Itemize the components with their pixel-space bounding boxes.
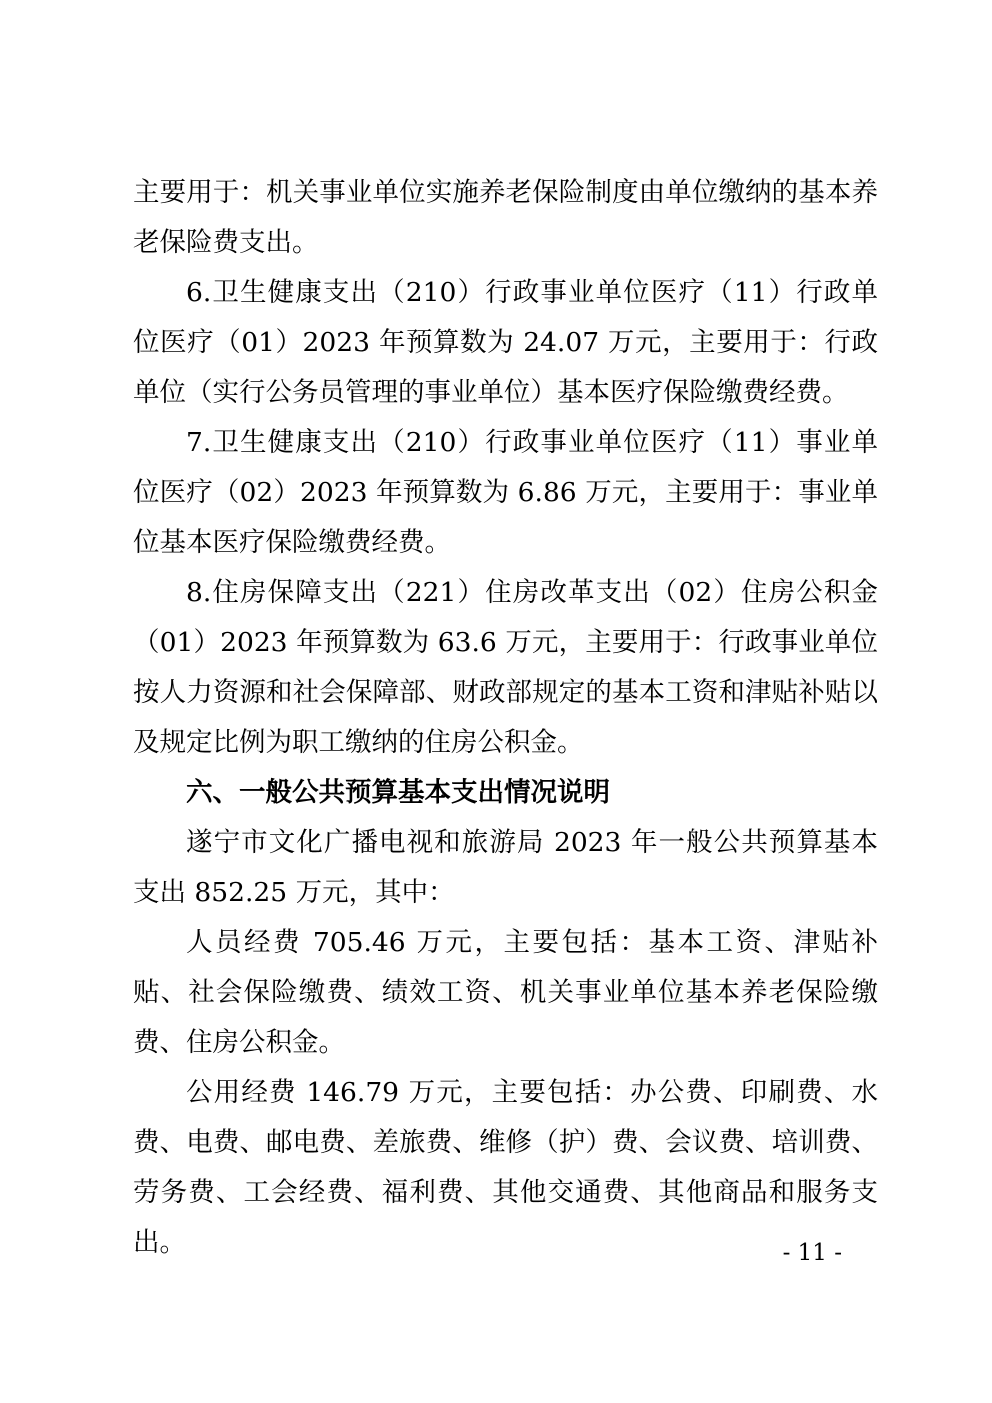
section-heading-basic-expenditure: 六、一般公共预算基本支出情况说明	[133, 768, 878, 818]
paragraph-pension-continuation: 主要用于：机关事业单位实施养老保险制度由单位缴纳的基本养老保险费支出。	[133, 168, 878, 268]
paragraph-total-basic-expenditure: 遂宁市文化广播电视和旅游局 2023 年一般公共预算基本支出 852.25 万元…	[133, 818, 878, 918]
document-content: 主要用于：机关事业单位实施养老保险制度由单位缴纳的基本养老保险费支出。 6.卫生…	[133, 168, 878, 1268]
paragraph-item-8-housing: 8.住房保障支出（221）住房改革支出（02）住房公积金（01）2023 年预算…	[133, 568, 878, 768]
page-number: - 11 -	[783, 1238, 842, 1268]
document-page: 主要用于：机关事业单位实施养老保险制度由单位缴纳的基本养老保险费支出。 6.卫生…	[0, 0, 992, 1403]
paragraph-item-6-health-admin: 6.卫生健康支出（210）行政事业单位医疗（11）行政单位医疗（01）2023 …	[133, 268, 878, 418]
paragraph-item-7-health-institution: 7.卫生健康支出（210）行政事业单位医疗（11）事业单位医疗（02）2023 …	[133, 418, 878, 568]
paragraph-public-funds: 公用经费 146.79 万元，主要包括：办公费、印刷费、水费、电费、邮电费、差旅…	[133, 1068, 878, 1268]
paragraph-personnel-funds: 人员经费 705.46 万元，主要包括：基本工资、津贴补贴、社会保险缴费、绩效工…	[133, 918, 878, 1068]
